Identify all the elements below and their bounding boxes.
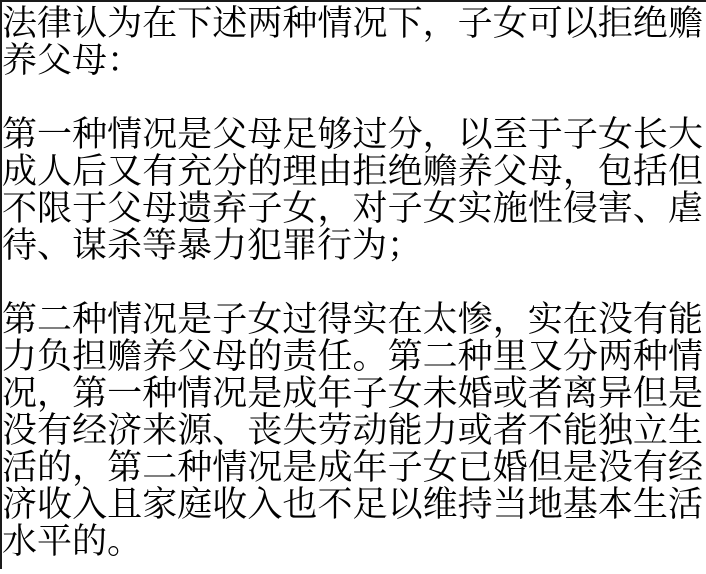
text-block: 法律认为在下述两种情况下，子女可以拒绝赡养父母： 第一种情况是父母足够过分，以至…	[2, 5, 703, 560]
paragraph-case-two: 第二种情况是子女过得实在太惨，实在没有能力负担赡养父母的责任。第二种里又分两种情…	[2, 301, 703, 560]
document-page: 法律认为在下述两种情况下，子女可以拒绝赡养父母： 第一种情况是父母足够过分，以至…	[0, 0, 706, 574]
paragraph-case-one: 第一种情况是父母足够过分，以至于子女长大成人后又有充分的理由拒绝赡养父母，包括但…	[2, 116, 703, 264]
paragraph-intro: 法律认为在下述两种情况下，子女可以拒绝赡养父母：	[2, 5, 703, 79]
